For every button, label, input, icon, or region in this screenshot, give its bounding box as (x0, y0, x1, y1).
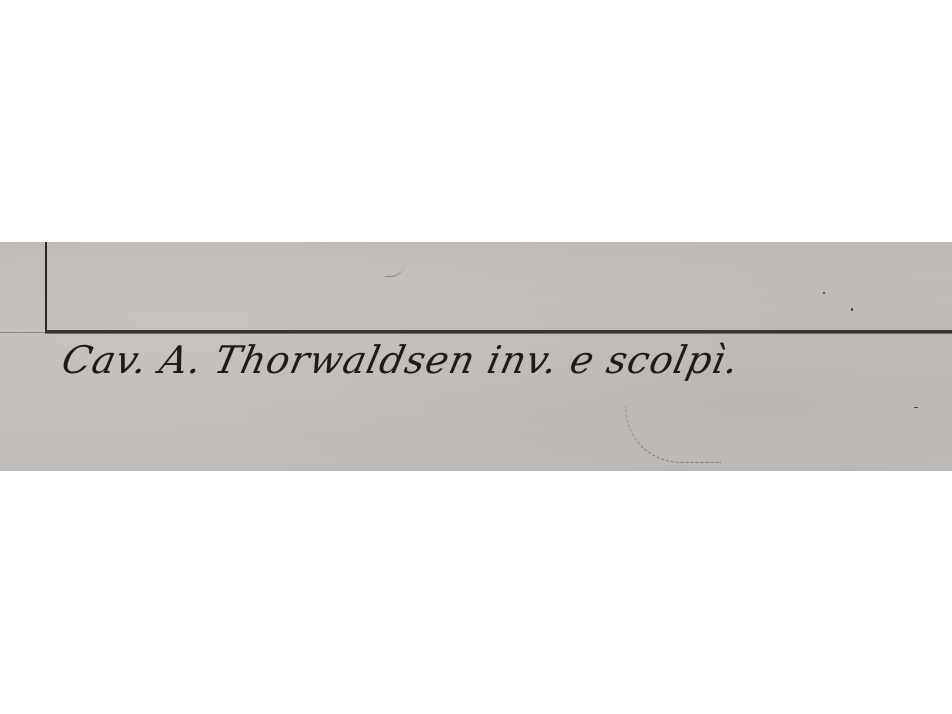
ink-speck (823, 292, 825, 294)
plate-border-bottom (45, 330, 952, 334)
paper-scratch (625, 407, 721, 463)
print-photo: Cav. A. Thorwaldsen inv. e scolpì. (0, 242, 952, 471)
paper-fiber (385, 262, 405, 277)
plate-border-left (45, 242, 47, 332)
ink-speck (851, 308, 853, 311)
ink-speck (914, 407, 918, 408)
faint-rule (0, 332, 45, 333)
engraver-inscription: Cav. A. Thorwaldsen inv. e scolpì. (58, 338, 744, 382)
